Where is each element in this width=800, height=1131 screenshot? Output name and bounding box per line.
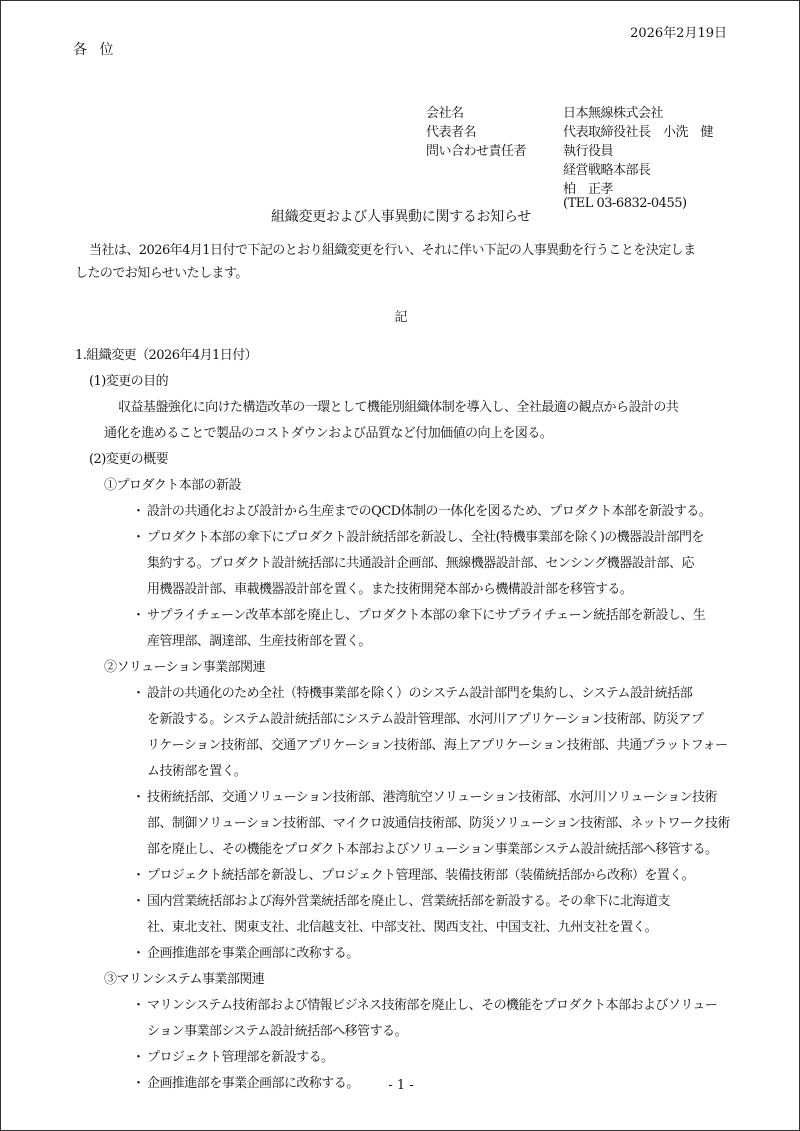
bullet-line: を新設する。システム設計統括部にシステム設計管理部、水河川アプリケーション技術部… [147, 708, 703, 731]
bullet-line: 設計の共通化のため全社（特機事業部を除く）のシステム設計部門を集約し、システム設… [147, 682, 692, 705]
intro-line: したのでお知らせいたします。 [75, 262, 248, 285]
bullet-line: 部を廃止し、その機能をプロダクト本部およびソリューション事業部システム設計統括部… [147, 838, 718, 861]
bullet-icon: ・ [132, 1046, 145, 1065]
bullet-line: プロダクト本部の傘下にプロダクト設計統括部を新設し、全社(特機事業部を除く)の機… [147, 526, 704, 549]
bullet-icon: ・ [132, 890, 145, 909]
bullet-line: 産管理部、調達部、生産技術部を置く。 [147, 630, 371, 653]
section-heading: 1.組織変更（2026年4月1日付） [75, 344, 257, 367]
purpose-text-line: 通化を進めることで製品のコストダウンおよび品質など付加価値の向上を図る。 [104, 422, 552, 445]
bullet-line: 設計の共通化および設計から生産までのQCD体制の一体化を図るため、プロダクト本部… [147, 500, 711, 523]
bullet-line: 用機器設計部、車載機器設計部を置く。また技術開発本部から機構設計部を移管する。 [147, 578, 632, 601]
bullet-line: サプライチェーン改革本部を廃止し、プロダクト本部の傘下にサプライチェーン統括部を… [147, 604, 705, 627]
bullet-line: プロジェクト管理部を新設する。 [147, 1046, 334, 1069]
bullet-icon: ・ [132, 604, 145, 623]
subsection-heading: (1)変更の目的 [89, 370, 168, 393]
company-info-value: 代表取締役社長 小洗 健 [563, 121, 713, 140]
document-title: 組織変更および人事異動に関するお知らせ [1, 206, 800, 226]
company-info-value: 柏 正孝 [563, 178, 613, 197]
purpose-text-line: 収益基盤強化に向けた構造改革の一環として機能別組織体制を導入し、全社最適の観点か… [118, 396, 678, 419]
bullet-icon: ・ [132, 786, 145, 805]
item-heading: ③マリンシステム事業部関連 [104, 968, 264, 991]
bullet-line: プロジェクト統括部を新設し、プロジェクト管理部、装備技術部（装備統括部から改称）… [147, 864, 694, 887]
bullet-line: 技術統括部、交通ソリューション技術部、港湾航空ソリューション技術部、水河川ソリュ… [147, 786, 717, 809]
company-info-label: 問い合わせ責任者 [426, 140, 526, 159]
company-info-label: 代表者名 [426, 121, 476, 140]
bullet-icon: ・ [132, 864, 145, 883]
company-info-value: 執行役員 [563, 140, 613, 159]
bullet-icon: ・ [132, 526, 145, 545]
bullet-icon: ・ [132, 682, 145, 701]
bullet-line: 集約する。プロダクト設計統括部に共通設計企画部、無線機器設計部、センシング機器設… [147, 552, 694, 575]
subsection-heading: (2)変更の概要 [89, 448, 168, 471]
intro-line: 当社は、2026年4月1日付で下記のとおり組織変更を行い、それに伴い下記の人事異… [89, 239, 696, 262]
ki-marker: 記 [1, 306, 800, 325]
bullet-line: 部、制御ソリューション技術部、マイクロ波通信技術部、防災ソリューション技術部、ネ… [147, 812, 730, 835]
bullet-line: 社、東北支社、関東支社、北信越支社、中部支社、関西支社、中国支社、九州支社を置く… [147, 916, 657, 939]
bullet-line: マリンシステム技術部および情報ビジネス技術部を廃止し、その機能をプロダクト本部お… [147, 994, 717, 1017]
bullet-line: ム技術部を置く。 [147, 760, 246, 783]
company-info-value: 経営戦略本部長 [563, 159, 651, 178]
document-page: 2026年2月19日 各 位 会社名 日本無線株式会社 代表者名 代表取締役社長… [0, 0, 800, 1131]
bullet-line: 国内営業統括部および海外営業統括部を廃止し、営業統括部を新設する。その傘下に北海… [147, 890, 670, 913]
document-date: 2026年2月19日 [630, 22, 727, 41]
bullet-line: リケーション技術部、交通アプリケーション技術部、海上アプリケーション技術部、共通… [147, 734, 727, 757]
page-number: - 1 - [1, 1078, 800, 1093]
item-heading: ②ソリューション事業部関連 [104, 656, 265, 679]
addressee: 各 位 [73, 39, 117, 59]
company-info-label: 会社名 [426, 102, 464, 121]
company-info-value: 日本無線株式会社 [563, 102, 663, 121]
bullet-line: ション事業部システム設計統括部へ移管する。 [147, 1020, 407, 1043]
bullet-line: 企画推進部を事業企画部に改称する。 [147, 942, 359, 965]
bullet-icon: ・ [132, 500, 145, 519]
bullet-icon: ・ [132, 994, 145, 1013]
item-heading: ①プロダクト本部の新設 [104, 474, 241, 497]
bullet-icon: ・ [132, 942, 145, 961]
